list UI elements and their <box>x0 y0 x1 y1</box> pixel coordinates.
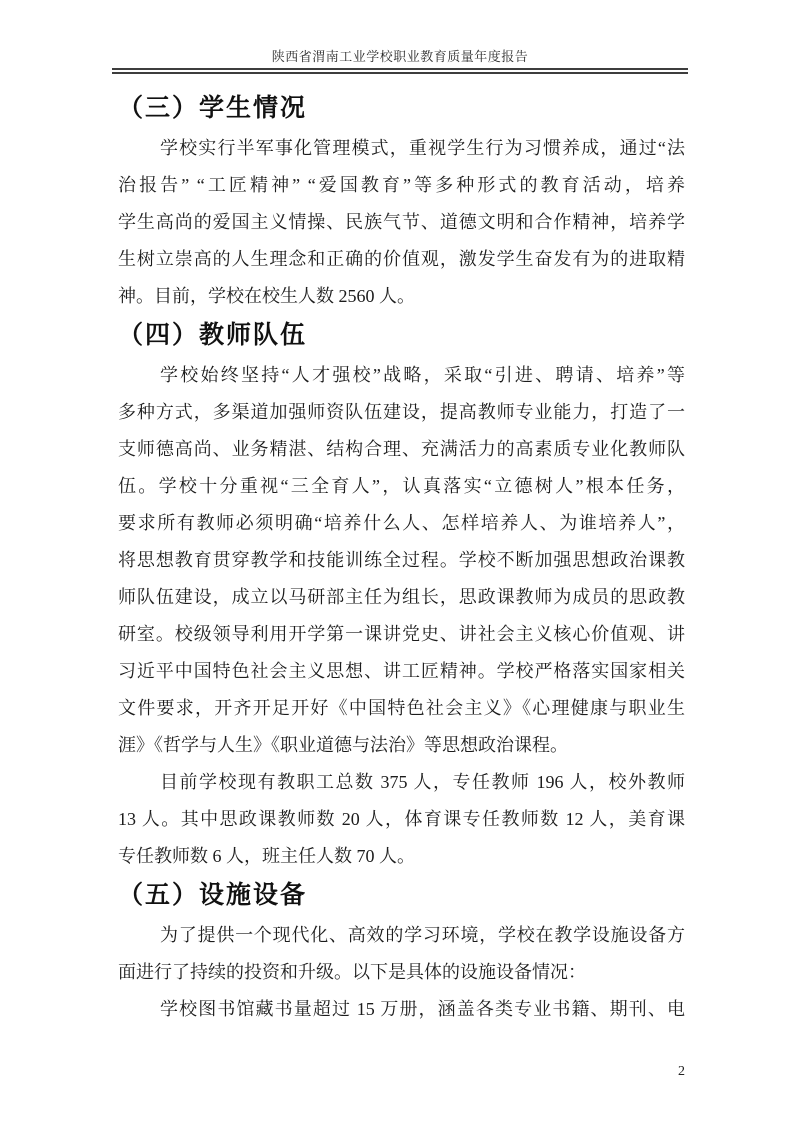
section-heading: （三）学生情况 <box>118 88 685 130</box>
paragraph-line: 13 人。其中思政课教师数 20 人，体育课专任教师数 12 人，美育课 <box>118 801 685 838</box>
paragraph-line: 神。目前，学校在校生人数 2560 人。 <box>118 278 685 315</box>
section-heading: （五）设施设备 <box>118 875 685 917</box>
paragraph-line: 研室。校级领导利用开学第一课讲党史、讲社会主义核心价值观、讲 <box>118 616 685 653</box>
document-body: （三）学生情况学校实行半军事化管理模式，重视学生行为习惯养成，通过“法治报告” … <box>118 88 685 1028</box>
paragraph-line: 文件要求，开齐开足开好《中国特色社会主义》《心理健康与职业生 <box>118 690 685 727</box>
paragraph-line: 学校实行半军事化管理模式，重视学生行为习惯养成，通过“法 <box>118 130 685 167</box>
paragraph-line: 目前学校现有教职工总数 375 人，专任教师 196 人，校外教师 <box>118 764 685 801</box>
paragraph-line: 习近平中国特色社会主义思想、讲工匠精神。学校严格落实国家相关 <box>118 653 685 690</box>
paragraph-line: 学校始终坚持“人才强校”战略，采取“引进、聘请、培养”等 <box>118 357 685 394</box>
section-heading: （四）教师队伍 <box>118 315 685 357</box>
paragraph-line: 支师德高尚、业务精湛、结构合理、充满活力的高素质专业化教师队 <box>118 431 685 468</box>
header-title: 陕西省渭南工业学校职业教育质量年度报告 <box>0 46 800 65</box>
page-number: 2 <box>118 1064 685 1080</box>
paragraph-line: 学校图书馆藏书量超过 15 万册，涵盖各类专业书籍、期刊、电 <box>118 991 685 1028</box>
paragraph-line: 师队伍建设，成立以马研部主任为组长，思政课教师为成员的思政教 <box>118 579 685 616</box>
paragraph-line: 将思想教育贯穿教学和技能训练全过程。学校不断加强思想政治课教 <box>118 542 685 579</box>
paragraph-line: 生树立崇高的人生理念和正确的价值观，激发学生奋发有为的进取精 <box>118 241 685 278</box>
paragraph-line: 多种方式，多渠道加强师资队伍建设，提高教师专业能力，打造了一 <box>118 394 685 431</box>
paragraph-line: 伍。学校十分重视“三全育人”，认真落实“立德树人”根本任务， <box>118 468 685 505</box>
paragraph-line: 面进行了持续的投资和升级。以下是具体的设施设备情况： <box>118 954 685 991</box>
header-rule <box>112 68 688 74</box>
paragraph-line: 治报告” “工匠精神” “爱国教育”等多种形式的教育活动，培养 <box>118 167 685 204</box>
paragraph-line: 涯》《哲学与人生》《职业道德与法治》等思想政治课程。 <box>118 727 685 764</box>
paragraph-line: 学生高尚的爱国主义情操、民族气节、道德文明和合作精神，培养学 <box>118 204 685 241</box>
paragraph: 学校始终坚持“人才强校”战略，采取“引进、聘请、培养”等多种方式，多渠道加强师资… <box>118 357 685 764</box>
paragraph-line: 要求所有教师必须明确“培养什么人、怎样培养人、为谁培养人”， <box>118 505 685 542</box>
paragraph: 学校实行半军事化管理模式，重视学生行为习惯养成，通过“法治报告” “工匠精神” … <box>118 130 685 315</box>
paragraph: 目前学校现有教职工总数 375 人，专任教师 196 人，校外教师13 人。其中… <box>118 764 685 875</box>
paragraph: 学校图书馆藏书量超过 15 万册，涵盖各类专业书籍、期刊、电 <box>118 991 685 1028</box>
paragraph-line: 为了提供一个现代化、高效的学习环境，学校在教学设施设备方 <box>118 917 685 954</box>
paragraph: 为了提供一个现代化、高效的学习环境，学校在教学设施设备方面进行了持续的投资和升级… <box>118 917 685 991</box>
document-page: 陕西省渭南工业学校职业教育质量年度报告 （三）学生情况学校实行半军事化管理模式，… <box>0 0 800 1131</box>
paragraph-line: 专任教师数 6 人，班主任人数 70 人。 <box>118 838 685 875</box>
